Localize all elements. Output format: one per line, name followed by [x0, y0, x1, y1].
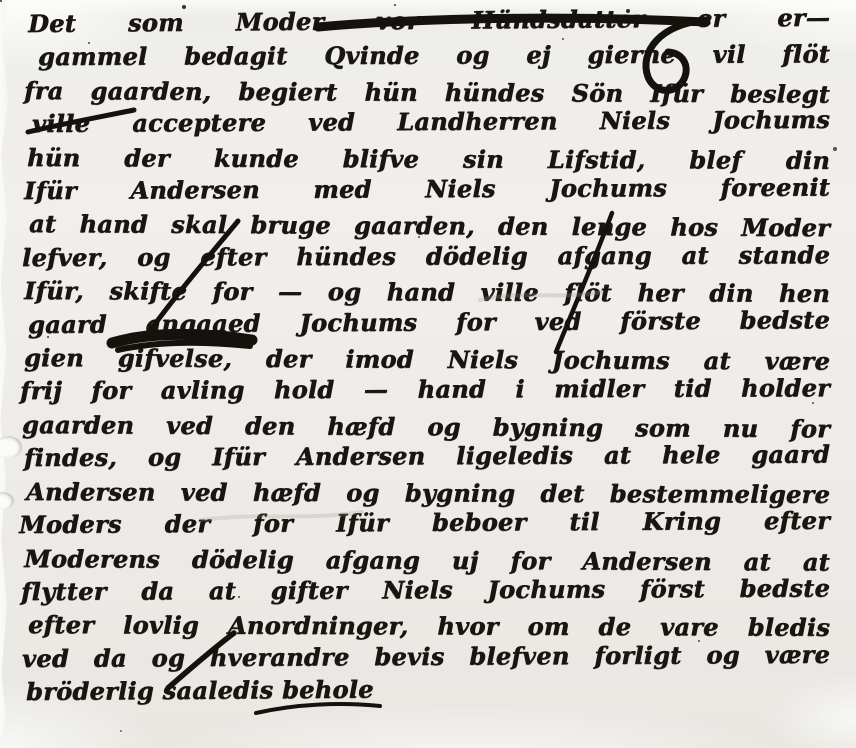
manuscript-line-6: Ifür Andersen med Niels Jochums foreenit	[24, 171, 830, 208]
manuscript-line-10: gaard angaaed Jochums for ved förste bed…	[28, 303, 830, 341]
scanned-manuscript-page: Det som Moder vor Hündsdatter er er— gam…	[0, 0, 856, 748]
manuscript-line-12: frij for avling hold — hand i midler tid…	[20, 372, 830, 408]
manuscript-line-2: gammel bedagit Qvinde og ej gierne vil f…	[38, 38, 830, 74]
manuscript-line-1: Det som Moder vor Hündsdatter er er—	[28, 1, 830, 41]
manuscript-line-21: bröderlig saaledis behole	[26, 670, 830, 709]
manuscript-text: Det som Moder vor Hündsdatter er er— gam…	[24, 7, 830, 709]
manuscript-line-14: findes, og Ifür Andersen ligeledis at he…	[24, 438, 830, 475]
manuscript-line-16: Moders der for Ifür beboer til Kring eft…	[19, 504, 830, 542]
manuscript-line-8: lefver, og efter hündes dödelig afgang a…	[22, 238, 830, 274]
manuscript-line-18: flytter da at gifter Niels Jochums först…	[21, 571, 830, 608]
ink-speckles	[0, 0, 2, 2]
manuscript-line-4: ville acceptere ved Landherren Niels Joc…	[32, 103, 830, 141]
